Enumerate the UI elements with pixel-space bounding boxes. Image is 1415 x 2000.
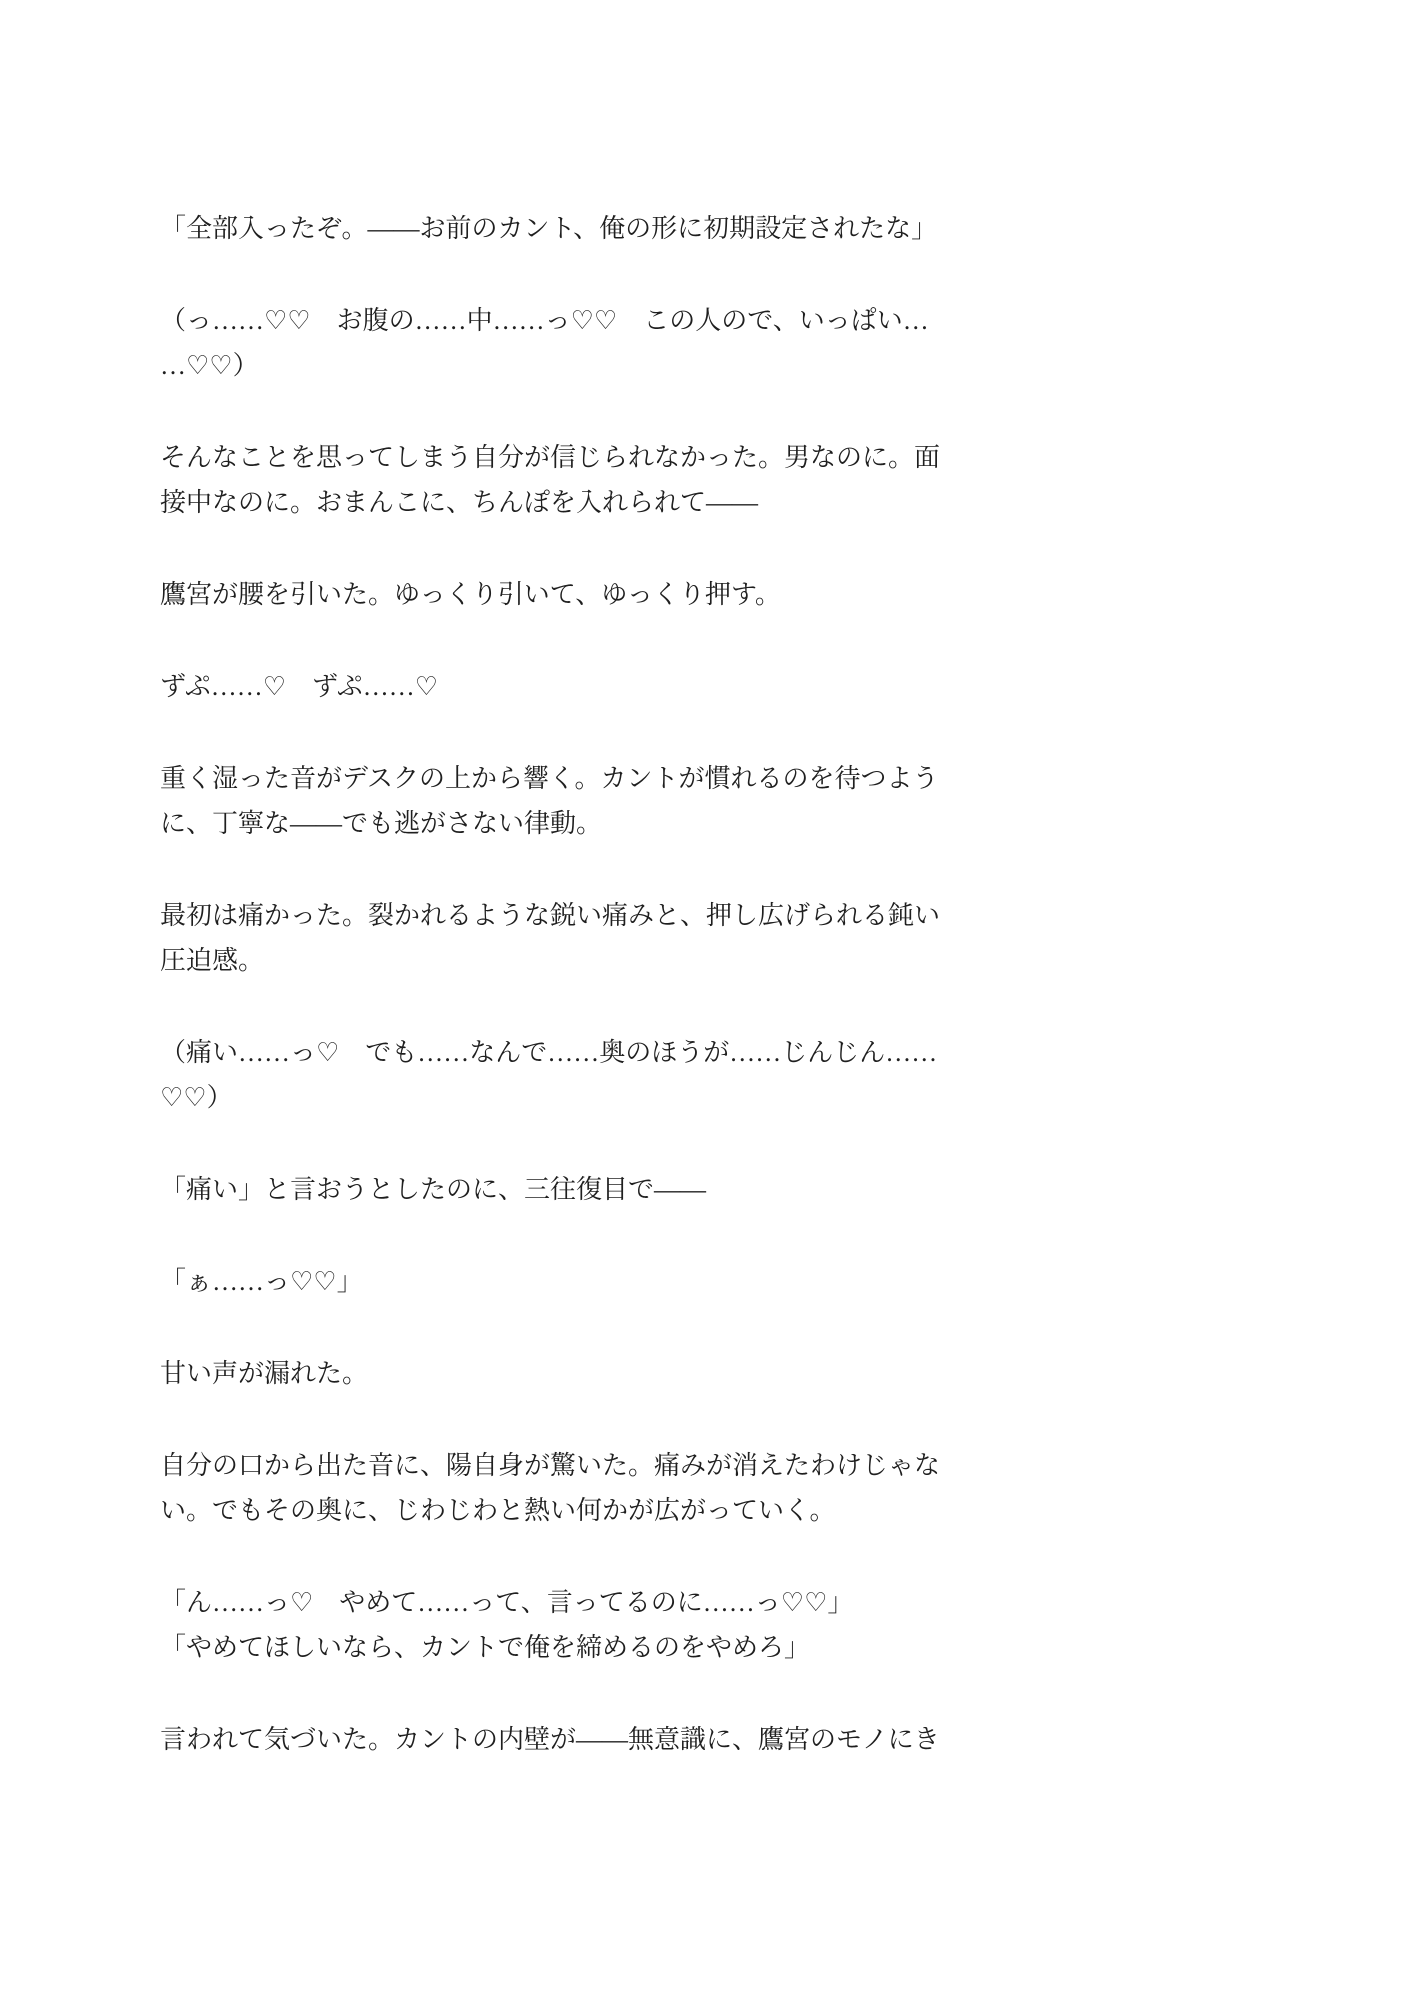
paragraph: 重く湿った音がデスクの上から響く。カントが慣れるのを待つよう に、丁寧な――でも… [160, 756, 1295, 846]
paragraph: 甘い声が漏れた。 [160, 1351, 1295, 1396]
paragraph: ずぷ……♡ ずぷ……♡ [160, 664, 1295, 709]
paragraph: 鷹宮が腰を引いた。ゆっくり引いて、ゆっくり押す。 [160, 572, 1295, 617]
paragraph: 言われて気づいた。カントの内壁が――無意識に、鷹宮のモノにき [160, 1717, 1295, 1762]
paragraph: そんなことを思ってしまう自分が信じられなかった。男なのに。面 接中なのに。おまん… [160, 435, 1295, 525]
paragraph: 「ん……っ♡ やめて……って、言ってるのに……っ♡♡」 「やめてほしいなら、カン… [160, 1580, 1295, 1670]
paragraph: （痛い……っ♡ でも……なんで……奥のほうが……じんじん…… ♡♡） [160, 1030, 1295, 1120]
paragraph: （っ……♡♡ お腹の……中……っ♡♡ この人ので、いっぱい… …♡♡） [160, 298, 1295, 388]
paragraph: 最初は痛かった。裂かれるような鋭い痛みと、押し広げられる鈍い 圧迫感。 [160, 893, 1295, 983]
document-page: 「全部入ったぞ。――お前のカント、俺の形に初期設定されたな」 （っ……♡♡ お腹… [0, 0, 1415, 2000]
paragraph: 「痛い」と言おうとしたのに、三往復目で―― [160, 1167, 1295, 1212]
paragraph: 「全部入ったぞ。――お前のカント、俺の形に初期設定されたな」 [160, 206, 1295, 251]
text-column: 「全部入ったぞ。――お前のカント、俺の形に初期設定されたな」 （っ……♡♡ お腹… [0, 0, 1415, 1762]
paragraph: 「ぁ……っ♡♡」 [160, 1259, 1295, 1304]
paragraph: 自分の口から出た音に、陽自身が驚いた。痛みが消えたわけじゃな い。でもその奥に、… [160, 1443, 1295, 1533]
